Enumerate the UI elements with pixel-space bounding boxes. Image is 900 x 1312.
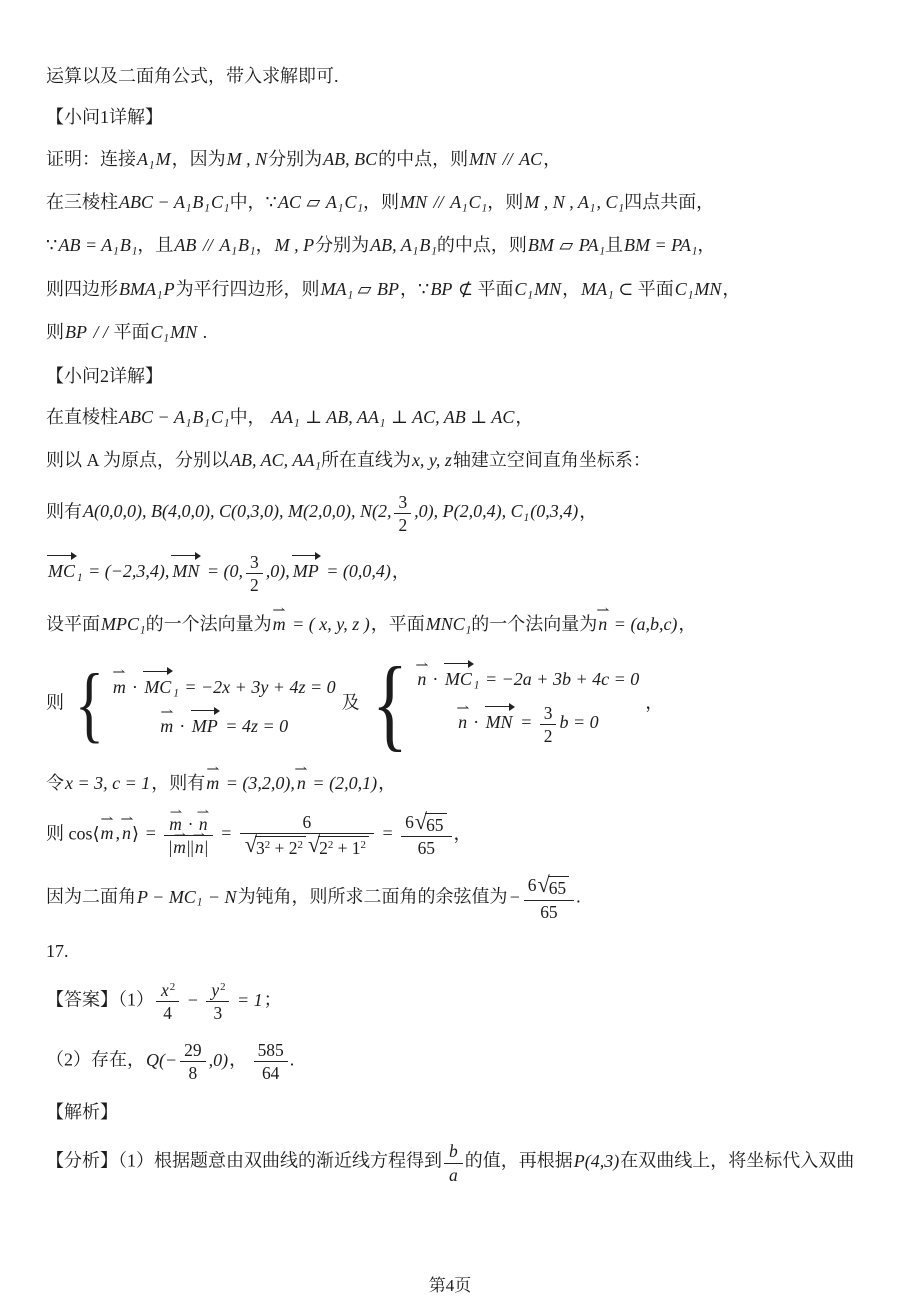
fraction: 32 — [244, 552, 265, 595]
math-run: C — [210, 407, 224, 427]
math-run: AB — [173, 235, 197, 255]
vector-arrow-icon: ⇀ — [206, 763, 219, 776]
text-run: ， — [378, 773, 396, 793]
vector-arrow-icon: ⇀ — [113, 666, 126, 679]
subscript: 1 — [157, 289, 163, 301]
math-run: ⊥ AB, AA — [300, 407, 380, 427]
text-run: 轴建立空间直角坐标系： — [453, 450, 651, 470]
math-run: ABC − A — [118, 407, 186, 427]
text-run: 【解析】 — [46, 1102, 118, 1122]
left-brace: { — [75, 664, 104, 745]
text-run: （2）存在， — [46, 1050, 145, 1070]
answer-line-2: （2）存在，Q(−298,0)， 58564. — [46, 1040, 856, 1083]
text-run: 及 — [342, 693, 360, 713]
text-run: 设平面 — [46, 614, 100, 634]
vector: ⇀m — [112, 675, 127, 699]
radical: √32 + 22 — [245, 836, 306, 858]
system-row: ⇀m · MC1 = −2x + 3y + 4z = 0 — [112, 671, 337, 701]
text-run: 的中点，则 — [437, 235, 527, 255]
text-run: 令 — [46, 773, 64, 793]
text-run: ； — [264, 990, 282, 1010]
math-run: BP — [429, 279, 453, 299]
math-run: = — [139, 823, 162, 843]
vector: ⇀m — [172, 837, 187, 857]
text-run: 65 — [426, 815, 443, 835]
vector-base: n — [122, 823, 131, 843]
overline-vector: MC — [46, 559, 77, 583]
text-run: 8 — [189, 1063, 198, 1083]
text-run: 因为二面角 — [46, 887, 136, 907]
text-run: . — [290, 1050, 295, 1070]
page-number: 第4页 — [0, 1271, 900, 1296]
proof-step-2: 在三棱柱ABC − A1B1C1中，∵AC ▱ A1C1，则MN // A1C1… — [46, 190, 856, 216]
math-run: AA — [270, 407, 294, 427]
text-run: 17. — [46, 941, 69, 961]
text-run: 2 — [250, 575, 259, 595]
math-run: = — [215, 823, 238, 843]
text-run: . — [198, 322, 207, 342]
system-rows: ⇀m · MC1 = −2x + 3y + 4z = 0⇀m · MP = 4z… — [112, 671, 337, 739]
text-run: 所在直线为 — [321, 450, 411, 470]
math-run: C — [210, 192, 224, 212]
left-brace: { — [372, 655, 408, 754]
math-run: AB, BC — [322, 149, 378, 169]
vector-arrow-icon: ⇀ — [415, 659, 428, 672]
numerator: 3 — [394, 492, 411, 514]
math-run: AC — [277, 192, 302, 212]
text-run: ， — [722, 279, 740, 299]
text-run: 的一个法向量为 — [146, 614, 272, 634]
radical-sign: √ — [415, 811, 427, 833]
text-run: ， — [645, 693, 663, 713]
math-run: BP — [376, 279, 400, 299]
math-run: = ( x, y, z ) — [287, 614, 371, 634]
vector: ⇀m — [272, 612, 287, 636]
vector-arrow-icon: ⇀ — [120, 813, 133, 826]
proof-step-3: ∵AB = A1B1，且AB // A1B1，M , P分别为AB, A1B1的… — [46, 233, 856, 259]
math-run: = 4z = 0 — [220, 716, 289, 736]
math-run: M — [155, 149, 172, 169]
math-run: = (3,2,0), — [220, 773, 296, 793]
normal-vectors-line: 设平面MPC1的一个法向量为⇀m = ( x, y, z )，平面MNC1的一个… — [46, 612, 856, 638]
text-run: 的一个法向量为 — [471, 614, 597, 634]
numerator: 6 — [240, 812, 374, 834]
radical: √65 — [415, 813, 447, 835]
overline-vector: MP — [190, 714, 220, 738]
math-run: = −2a + 3b + 4c = 0 — [480, 669, 641, 689]
radicand: 22 + 12 — [318, 836, 369, 858]
math-run: ,0), — [265, 561, 291, 581]
text-run: 3 — [214, 1003, 223, 1023]
text-run: 585 — [258, 1040, 284, 1060]
text-run: 为平行四边形，则 — [176, 279, 320, 299]
subscript: 1 — [113, 246, 119, 258]
text-run: ⟩ — [132, 823, 139, 843]
math-run: MNC — [425, 614, 466, 634]
math-run: C — [468, 192, 482, 212]
text-run: 6 — [405, 812, 414, 832]
math-run: = −2x + 3y + 4z = 0 — [179, 677, 337, 697]
system-row: ⇀n · MN = 32b = 0 — [457, 703, 600, 746]
vector: ⇀n — [121, 821, 132, 845]
denominator: |⇀m||⇀n| — [164, 836, 212, 857]
text-run: 2 — [319, 838, 328, 858]
math-run: (0,3,4) — [529, 501, 579, 521]
superscript: 2 — [170, 981, 175, 993]
text-run: ， — [515, 407, 533, 427]
math-run: B — [418, 235, 431, 255]
subscript: 1 — [149, 159, 155, 171]
text-run: 4 — [163, 1003, 172, 1023]
text-run: ， — [392, 561, 410, 581]
proof-conclusion: 则BP / / 平面C1MN . — [46, 320, 856, 346]
text-run: ⊄ 平面 — [453, 279, 513, 299]
math-run: = (−2,3,4), — [83, 561, 171, 581]
math-run: x = 3, c = 1 — [64, 773, 151, 793]
vector-arrow-icon: ⇀ — [193, 829, 206, 841]
text-run: 65 — [549, 878, 566, 898]
assignment-line: 令x = 3, c = 1，则有⇀m = (3,2,0),⇀n = (2,0,1… — [46, 771, 856, 795]
math-run: MA — [320, 279, 348, 299]
vectors-line: MC1 = (−2,3,4),MN = (0,32,0),MP = (0,0,4… — [46, 552, 856, 595]
text-run: 则 cos⟨ — [46, 823, 100, 843]
vector-arrow-icon: ⇀ — [197, 806, 210, 818]
math-run: − — [181, 990, 204, 1010]
solution2-step-2: 则以 A 为原点，分别以AB, AC, AA1所在直线为x, y, z轴建立空间… — [46, 448, 856, 474]
vector-base: n — [598, 614, 607, 634]
math-run: AB, A — [369, 235, 413, 255]
math-run: B — [191, 192, 204, 212]
math-run: − N — [202, 887, 237, 907]
math-run: C — [514, 279, 528, 299]
text-run: 分别为 — [268, 149, 322, 169]
text-run: 29 — [184, 1040, 201, 1060]
math-run: A — [449, 192, 462, 212]
text-run: 分别为 — [315, 235, 369, 255]
numerator: y2 — [206, 980, 229, 1002]
math-run: x, y, z — [411, 450, 453, 470]
math-run: B — [119, 235, 132, 255]
text-run: 的中点，则 — [378, 149, 468, 169]
text-run: ，则 — [487, 192, 523, 212]
vector-base: MP — [293, 561, 319, 581]
intro-note: 运算以及二面角公式，带入求解即可. — [46, 64, 856, 88]
text-run: ，∵ — [400, 279, 429, 299]
text-run: ， — [229, 1050, 252, 1070]
math-run: // — [428, 192, 449, 212]
text-run: 则四边形 — [46, 279, 118, 299]
text-run: 3 — [544, 703, 553, 723]
problem-17-number: 17. — [46, 939, 856, 963]
superscript: 2 — [220, 981, 225, 993]
text-run: 为钝角，则所求二面角的余弦值为 — [238, 887, 508, 907]
math-run: BM = PA — [623, 235, 692, 255]
math-run: P(4,3) — [573, 1151, 620, 1171]
math-run: AB, AC, AA — [229, 450, 315, 470]
text-run: 【小问2详解】 — [46, 366, 163, 386]
math-run: b — [448, 1141, 459, 1161]
text-run: 【小问1详解】 — [46, 107, 163, 127]
overline-vector: MC — [142, 675, 173, 699]
numerator: 6√65 — [401, 812, 451, 837]
math-run: PA — [578, 235, 600, 255]
vector-arrow-icon: ⇀ — [295, 763, 308, 776]
subscript: 1 — [474, 680, 480, 692]
math-run: MN — [399, 192, 428, 212]
math-run: MN — [533, 279, 562, 299]
fraction: ba — [442, 1141, 465, 1184]
vector-arrow-icon: ⇀ — [100, 813, 113, 826]
math-run: b = 0 — [558, 712, 599, 732]
math-run: MA — [580, 279, 608, 299]
math-run: = (2,0,1) — [307, 773, 378, 793]
system-rows: ⇀n · MC1 = −2a + 3b + 4c = 0⇀n · MN = 32… — [416, 663, 640, 746]
vector-base: n — [297, 773, 306, 793]
text-run: 中，∵ — [230, 192, 277, 212]
numerator: 3 — [540, 703, 557, 725]
equation-system: {⇀n · MC1 = −2a + 3b + 4c = 0⇀n · MN = 3… — [365, 655, 641, 754]
math-run: M , N — [226, 149, 269, 169]
denominator: 2 — [246, 574, 263, 595]
subscript: 1 — [77, 572, 83, 584]
fraction: 298 — [178, 1040, 207, 1083]
math-run: AB = A — [57, 235, 113, 255]
vector-base: m — [101, 823, 114, 843]
text-run: 65 — [418, 838, 435, 858]
math-run: Q(− — [145, 1050, 178, 1070]
denominator: 2 — [394, 514, 411, 535]
math-run: = — [515, 712, 538, 732]
math-run: = (0, — [201, 561, 244, 581]
text-run: ， — [543, 149, 561, 169]
math-run: = 1 — [231, 990, 263, 1010]
vector: ⇀m — [205, 771, 220, 795]
vector-base: MN — [486, 712, 513, 732]
math-run: // — [197, 235, 218, 255]
text-run: 64 — [262, 1063, 279, 1083]
text-run: 平面 — [114, 322, 150, 342]
radicand: 65 — [548, 876, 569, 898]
math-run: AC — [518, 149, 543, 169]
answer-line-1: 【答案】（1）x24 − y23 = 1； — [46, 980, 856, 1023]
vector: ⇀n — [194, 837, 205, 857]
denominator: 2 — [540, 725, 557, 746]
proof-step-4: 则四边形BMA1P为平行四边形，则MA1 ▱ BP，∵BP ⊄ 平面C1MN，M… — [46, 277, 856, 303]
fraction: x24 — [154, 980, 181, 1023]
text-run: 在三棱柱 — [46, 192, 118, 212]
math-run: , C — [595, 192, 618, 212]
subscript: 1 — [294, 417, 300, 429]
math-run: ⊥ AC, AB ⊥ AC — [385, 407, 515, 427]
text-run: 2 — [544, 726, 553, 746]
analysis-header: 【解析】 — [46, 1100, 856, 1124]
text-run: ▱ — [302, 192, 325, 212]
vector-base: MC — [48, 561, 75, 581]
text-run: 6 — [528, 875, 537, 895]
cosine-formula-line: 则 cos⟨⇀m,⇀n⟩ = ⇀m · ⇀n|⇀m||⇀n| = 6√32 + … — [46, 812, 856, 858]
vector-arrow-icon: ⇀ — [272, 604, 285, 617]
math-run: · — [468, 712, 484, 732]
numerator: b — [444, 1141, 463, 1163]
math-run: C — [150, 322, 164, 342]
denominator: 3 — [206, 1002, 229, 1023]
radicand: 65 — [425, 813, 446, 835]
text-run: ， — [678, 614, 696, 634]
numerator: 29 — [180, 1040, 205, 1062]
vector: ⇀m — [159, 714, 174, 738]
equation-system: {⇀m · MC1 = −2x + 3y + 4z = 0⇀m · MP = 4… — [69, 664, 337, 745]
math-run: a — [448, 1165, 459, 1185]
subscript: 1 — [462, 202, 468, 214]
solution2-step-1: 在直棱柱ABC − A1B1C1中， AA1 ⊥ AB, AA1 ⊥ AC, A… — [46, 405, 856, 431]
math-run: C — [674, 279, 688, 299]
math-run: A — [325, 192, 338, 212]
radical-sign: √ — [308, 834, 320, 856]
text-run: 6 — [302, 812, 311, 832]
subquestion1-header: 【小问1详解】 — [46, 105, 856, 129]
vector: ⇀m — [100, 821, 115, 845]
math-run: A — [218, 235, 231, 255]
fraction: 6√32 + 22√22 + 12 — [238, 812, 376, 858]
math-run: M , P — [274, 235, 316, 255]
text-run: 则 — [46, 693, 64, 713]
denominator: √32 + 22√22 + 12 — [240, 834, 374, 858]
math-run: B — [237, 235, 250, 255]
text-run: ，平面 — [371, 614, 425, 634]
fraction: 58564 — [252, 1040, 290, 1083]
vector-base: MC — [144, 677, 171, 697]
vector-arrow-icon: ⇀ — [173, 829, 186, 841]
text-run: ▱ — [555, 235, 578, 255]
text-run: ， — [562, 279, 580, 299]
system-row: ⇀m · MP = 4z = 0 — [159, 710, 289, 738]
vector: ⇀n — [296, 771, 307, 795]
math-run: MN — [169, 322, 198, 342]
math-run: · — [127, 677, 143, 697]
text-run: ， — [256, 235, 274, 255]
text-run: 【分析】（1）根据题意由双曲线的渐近线方程得到 — [46, 1151, 442, 1171]
coordinates-line: 则有A(0,0,0), B(4,0,0), C(0,3,0), M(2,0,0)… — [46, 492, 856, 535]
text-run: 运算以及二面角公式，带入求解即可. — [46, 66, 339, 86]
math-run: C — [343, 192, 357, 212]
vector-base: MP — [192, 716, 218, 736]
text-run: 【答案】（1） — [46, 990, 154, 1010]
radical-sign: √ — [537, 874, 549, 896]
text-run: 在直棱柱 — [46, 407, 118, 427]
text-run: + 2 — [270, 838, 297, 858]
denominator: 4 — [156, 1002, 179, 1023]
overline-vector: MN — [484, 710, 515, 734]
math-run: BM — [527, 235, 555, 255]
denominator: 8 — [180, 1062, 205, 1083]
math-run: A(0,0,0), B(4,0,0), C(0,3,0), M(2,0,0), … — [82, 501, 392, 521]
vector-base: m — [160, 716, 173, 736]
fraction: 32 — [538, 703, 559, 746]
radical: √22 + 12 — [308, 836, 369, 858]
vector: ⇀n — [416, 667, 427, 691]
text-run: 3 — [256, 838, 265, 858]
vector-arrow-icon: ⇀ — [169, 806, 182, 818]
dihedral-conclusion-line: 因为二面角P − MC1 − N为钝角，则所求二面角的余弦值为−6√6565. — [46, 875, 856, 921]
math-run: A — [136, 149, 149, 169]
text-run: 2 — [398, 515, 407, 535]
text-run: 中， — [230, 407, 271, 427]
math-run: MPC — [100, 614, 140, 634]
text-run: ， — [579, 501, 597, 521]
analysis-line: 【分析】（1）根据题意由双曲线的渐近线方程得到ba的值，再根据P(4,3)在双曲… — [46, 1141, 856, 1184]
superscript: 2 — [361, 839, 366, 851]
text-run: ，且 — [137, 235, 173, 255]
text-run: ⊂ 平面 — [614, 279, 674, 299]
text-run: ，则 — [363, 192, 399, 212]
fraction: 6√6565 — [522, 875, 576, 921]
math-run: x — [160, 980, 170, 1000]
overline-vector: MC — [443, 667, 474, 691]
vector: ⇀n — [457, 710, 468, 734]
text-run: ，因为 — [172, 149, 226, 169]
text-run: 则 — [46, 322, 64, 342]
text-run: 65 — [540, 902, 557, 922]
math-run: · — [174, 716, 190, 736]
math-run: ,0), P(2,0,4), C — [413, 501, 523, 521]
text-run: ∵ — [46, 235, 57, 255]
math-run: − — [508, 887, 522, 907]
math-run: BMA — [118, 279, 157, 299]
math-run: MN — [693, 279, 722, 299]
vector-base: m — [113, 677, 126, 697]
math-run: ,0) — [208, 1050, 230, 1070]
text-run: ▱ — [353, 279, 376, 299]
system-row: ⇀n · MC1 = −2a + 3b + 4c = 0 — [416, 663, 640, 693]
text-run: 且 — [605, 235, 623, 255]
vector-base: n — [417, 669, 426, 689]
overline-vector: MN — [170, 559, 201, 583]
text-run: 3 — [250, 552, 259, 572]
math-run: ABC − A — [118, 192, 186, 212]
text-run: ，则有 — [151, 773, 205, 793]
numerator: 3 — [246, 552, 263, 574]
overline-vector: MP — [291, 559, 321, 583]
equation-systems-line: 则{⇀m · MC1 = −2x + 3y + 4z = 0⇀m · MP = … — [46, 655, 856, 754]
document-body: 运算以及二面角公式，带入求解即可.【小问1详解】证明：连接A1M，因为M , N… — [0, 0, 900, 1185]
math-run: B — [191, 407, 204, 427]
text-run: ， — [697, 235, 715, 255]
fraction: 32 — [392, 492, 413, 535]
math-run: P − MC — [136, 887, 197, 907]
vector-base: MN — [172, 561, 199, 581]
text-run: 3 — [398, 492, 407, 512]
math-run: = — [376, 823, 399, 843]
text-run: . — [576, 887, 581, 907]
fraction: y23 — [204, 980, 231, 1023]
text-run: 则有 — [46, 501, 82, 521]
text-run: + 1 — [333, 838, 360, 858]
subquestion2-header: 【小问2详解】 — [46, 364, 856, 388]
math-run: BP — [64, 322, 88, 342]
fraction: ⇀m · ⇀n|⇀m||⇀n| — [162, 814, 214, 857]
vector-arrow-icon: ⇀ — [456, 702, 469, 715]
text-run: 四点共面， — [624, 192, 714, 212]
vector-arrow-icon: ⇀ — [160, 706, 173, 719]
math-run: M , N , A — [523, 192, 590, 212]
math-run: P — [163, 279, 176, 299]
text-run: ， — [454, 823, 472, 843]
math-run: MN — [468, 149, 497, 169]
denominator: 65 — [401, 837, 451, 858]
vector-base: n — [458, 712, 467, 732]
text-run: 在双曲线上，将坐标代入双曲 — [620, 1151, 854, 1171]
numerator: 6√65 — [524, 875, 574, 900]
